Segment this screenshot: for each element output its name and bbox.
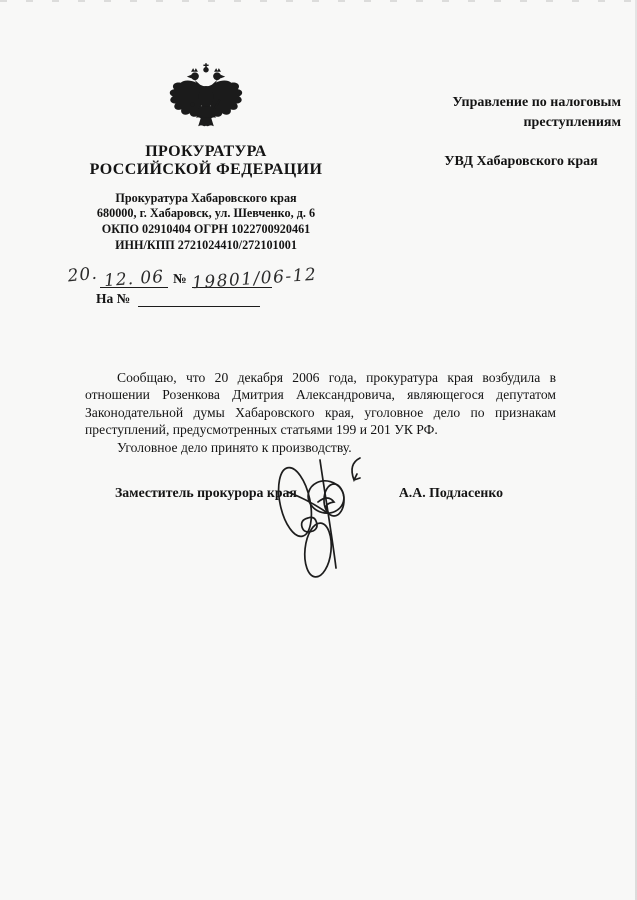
number-sign: № bbox=[173, 271, 187, 287]
reply-underline bbox=[138, 292, 260, 307]
reply-label: На № bbox=[96, 291, 130, 307]
body-paragraph-1: Сообщаю, что 20 декабря 2006 года, проку… bbox=[85, 369, 556, 439]
letter-body: Сообщаю, что 20 декабря 2006 года, проку… bbox=[85, 369, 556, 456]
signer-name: А.А. Подласенко bbox=[399, 485, 503, 501]
postal-address: 680000, г. Хабаровск, ул. Шевченко, д. 6 bbox=[58, 206, 354, 222]
org-address-block: Прокуратура Хабаровского края 680000, г.… bbox=[58, 191, 354, 253]
inn-kpp: ИНН/КПП 2721024410/272101001 bbox=[58, 238, 354, 254]
scan-artifact-top bbox=[0, 0, 637, 2]
date-underline: 12. 06 bbox=[100, 270, 168, 288]
letterhead: ПРОКУРАТУРА РОССИЙСКОЙ ФЕДЕРАЦИИ Прокура… bbox=[58, 62, 354, 307]
org-title: ПРОКУРАТУРА РОССИЙСКОЙ ФЕДЕРАЦИИ bbox=[58, 143, 354, 179]
handwritten-date: 12. 06 bbox=[104, 269, 165, 290]
recipient-line1: Управление по налоговым bbox=[381, 93, 621, 113]
org-title-line1: ПРОКУРАТУРА bbox=[58, 143, 354, 161]
recipient-block: Управление по налоговым преступлениям УВ… bbox=[381, 93, 621, 172]
dept-name: Прокуратура Хабаровского края bbox=[58, 191, 354, 207]
recipient-line2: преступлениям bbox=[381, 113, 621, 133]
okpo-ogrn: ОКПО 02910404 ОГРН 1022700920461 bbox=[58, 222, 354, 238]
org-title-line2: РОССИЙСКОЙ ФЕДЕРАЦИИ bbox=[58, 161, 354, 179]
scanned-letter-page: ПРОКУРАТУРА РОССИЙСКОЙ ФЕДЕРАЦИИ Прокура… bbox=[0, 0, 637, 900]
reference-block: 20. 12. 06 № 19801/06-12 На № bbox=[58, 262, 354, 307]
coat-of-arms-eagle-icon bbox=[167, 62, 245, 136]
number-underline: 19801/06-12 bbox=[192, 270, 272, 288]
date-number-row: 20. 12. 06 № 19801/06-12 bbox=[68, 262, 354, 288]
recipient-line3: УВД Хабаровского края bbox=[381, 152, 621, 172]
signature-scribble bbox=[268, 450, 373, 585]
handwritten-date-prefix: 20. bbox=[67, 264, 99, 287]
